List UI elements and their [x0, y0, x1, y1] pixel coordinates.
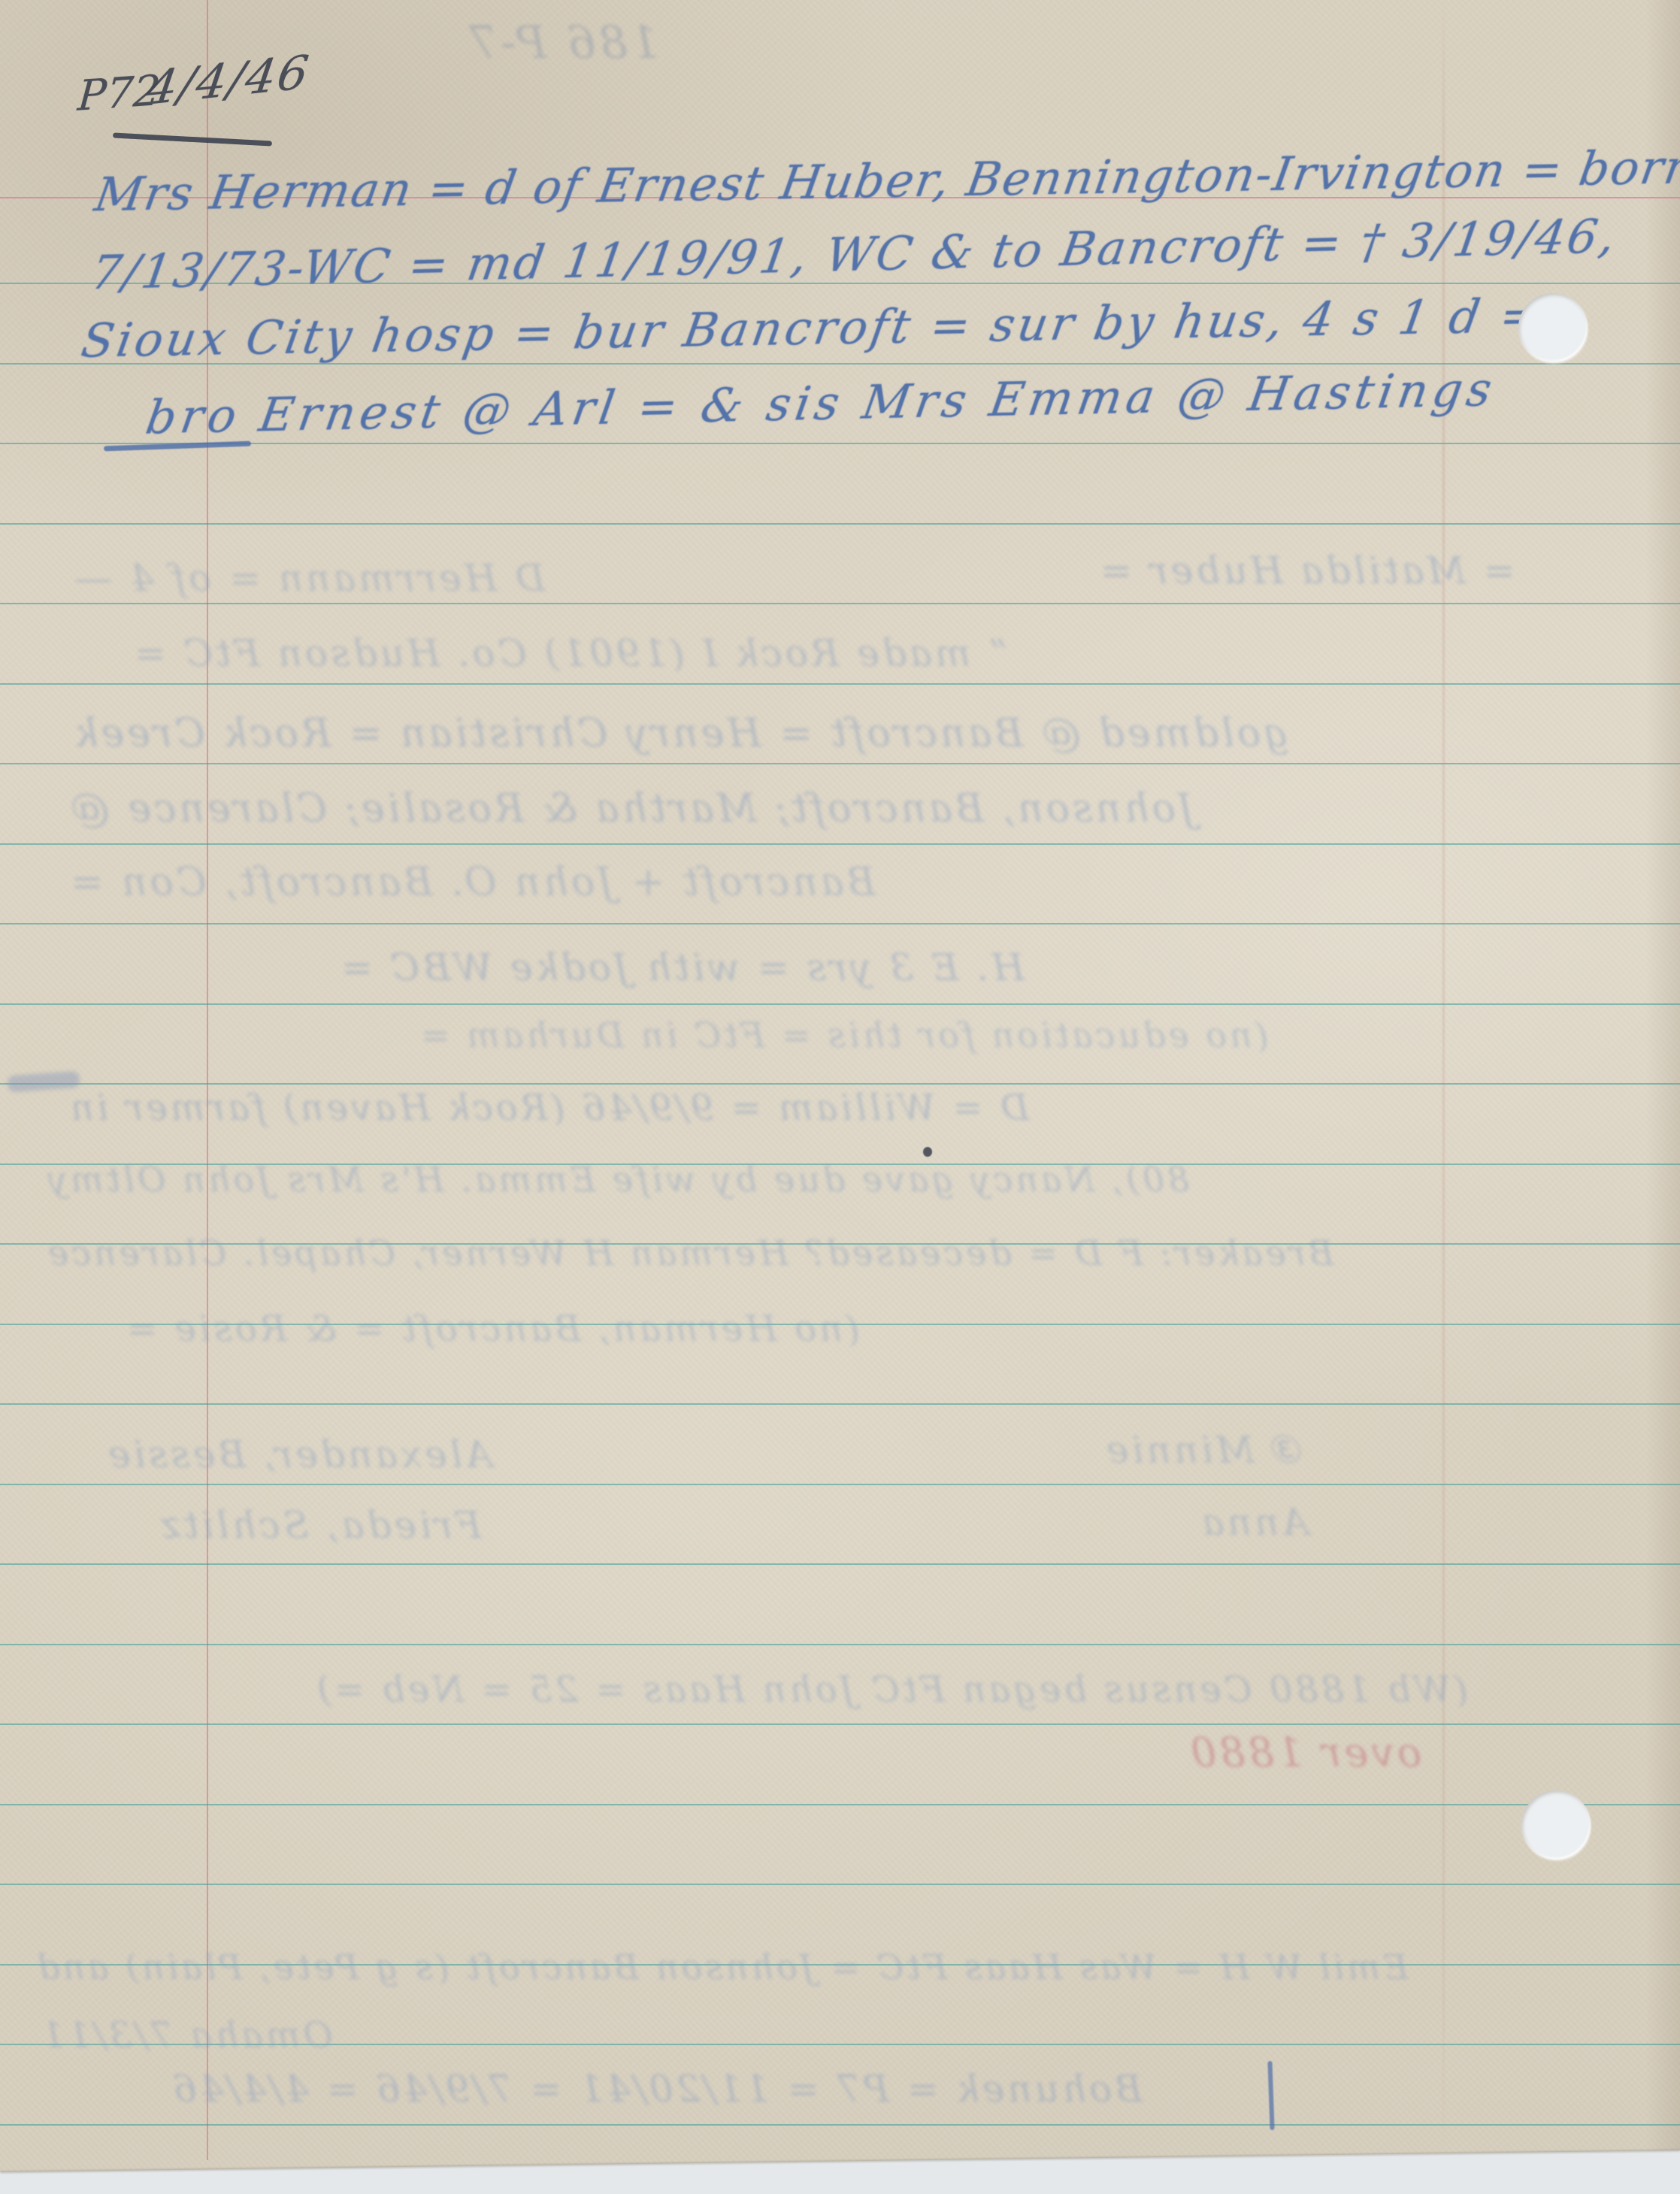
ruled-line: [0, 843, 1680, 845]
bleed-through-text: Bohunek = P7 = 11/20/41 = 7/9/46 = 4/4/4…: [170, 2067, 1143, 2111]
note-line-4-rest: Ernest @ Arl = & sis Mrs Emma @ Hastings: [236, 362, 1500, 443]
bleed-through-text: Alexander, Bessie: [105, 1433, 492, 1476]
ink-smudge: [7, 1071, 80, 1093]
bleed-through-text: ” made Rock I (1901) Co. Hudson FtC =: [132, 631, 1008, 675]
ruled-line: [0, 1484, 1680, 1485]
ruled-line: [0, 1964, 1680, 1966]
bleed-through-text: D = William = 9/9/46 (Rock Haven) farmer…: [68, 1087, 1029, 1129]
ruled-line: [0, 443, 1680, 444]
paper-sheet: 186 P-7D Herrmann = of 4 —= Matilda Hube…: [0, 0, 1680, 2175]
bleed-through-text: Breaker: F D = deceased? Herman H Werner…: [45, 1233, 1334, 1273]
bleed-through-text: (no education for this = FtC in Durham =: [418, 1015, 1269, 1055]
hole-punch: [1518, 293, 1588, 362]
ruled-line: [0, 1243, 1680, 1245]
bleed-through-text: (no Herman, Bancroft = & Rosie =: [124, 1308, 860, 1350]
pen-stroke-vertical: [1267, 2061, 1274, 2130]
ruled-line: [0, 1324, 1680, 1325]
ruled-line: [0, 1083, 1680, 1085]
ruled-line: [0, 1804, 1680, 1805]
ruled-line: [0, 1403, 1680, 1405]
ruled-line: [0, 2044, 1680, 2045]
ink-dot: [923, 1147, 932, 1157]
note-line-2: 7/13/73-WC = md 11/19/91, WC & to Bancro…: [87, 208, 1621, 300]
bleed-through-text: 80), Nancy gave due by wife Emma. H's Mr…: [45, 1159, 1189, 1200]
ruled-line: [0, 923, 1680, 925]
ruled-line: [0, 1644, 1680, 1645]
bleed-through-text: Johnson, Bancroft; Martha & Rosalie; Cla…: [68, 786, 1194, 831]
ruled-line: [0, 763, 1680, 764]
paper-edge-shadow: [1645, 0, 1680, 2157]
bleed-through-text: 186 P-7: [466, 17, 659, 69]
ruled-line: [0, 683, 1680, 685]
note-line-1: Mrs Herman = d of Ernest Huber, Benningt…: [91, 139, 1680, 222]
hole-punch: [1521, 1790, 1591, 1860]
scanned-note-page: 186 P-7D Herrmann = of 4 —= Matilda Hube…: [0, 0, 1680, 2194]
bleed-through-text: Anna: [1199, 1500, 1309, 1544]
bleed-through-text: Bancroft + John O. Bancroft, Con =: [68, 860, 876, 905]
note-line-4: bro Ernest @ Arl = & sis Mrs Emma @ Hast…: [142, 362, 1500, 444]
ruled-line: [0, 1884, 1680, 1885]
bleed-through-text: n m w im n mi um n im mu w nn m in mu w …: [323, 2171, 895, 2193]
bleed-through-text: (Wb 1880 Census began FtC John Haas = 25…: [314, 1669, 1468, 1711]
ruled-line: [0, 1563, 1680, 1565]
bleed-through-text: H. E 3 yrs = with Jodke WBC =: [338, 946, 1025, 989]
note-line-4-lead: bro: [142, 388, 244, 445]
ruled-line: [0, 523, 1680, 525]
bleed-through-text: over 1880: [1188, 1729, 1421, 1776]
entry-date: 4/4/46: [144, 44, 313, 116]
ruled-line: [0, 2124, 1680, 2126]
bleed-through-text: Emil W H = Was Haas FtC = Johnson Bancro…: [35, 1947, 1409, 1987]
bleed-through-text: = Matilda Huber =: [1097, 549, 1515, 592]
ruled-line: [0, 1003, 1680, 1005]
bleed-through-text: Omaha 7/3/11: [39, 2014, 333, 2056]
ruled-line: [0, 1723, 1680, 1725]
note-line-3: Sioux City hosp = bur Bancroft = sur by …: [77, 288, 1547, 368]
bleed-through-text: ③ Minnie: [1103, 1428, 1306, 1472]
date-underline: [113, 132, 272, 146]
ruled-line: [0, 1164, 1680, 1165]
bleed-through-text: D Herrmann = of 4 —: [71, 556, 546, 600]
bleed-through-text: goldmed @ Bancroft = Henry Christian = R…: [71, 711, 1289, 756]
ruled-line: [0, 603, 1680, 604]
